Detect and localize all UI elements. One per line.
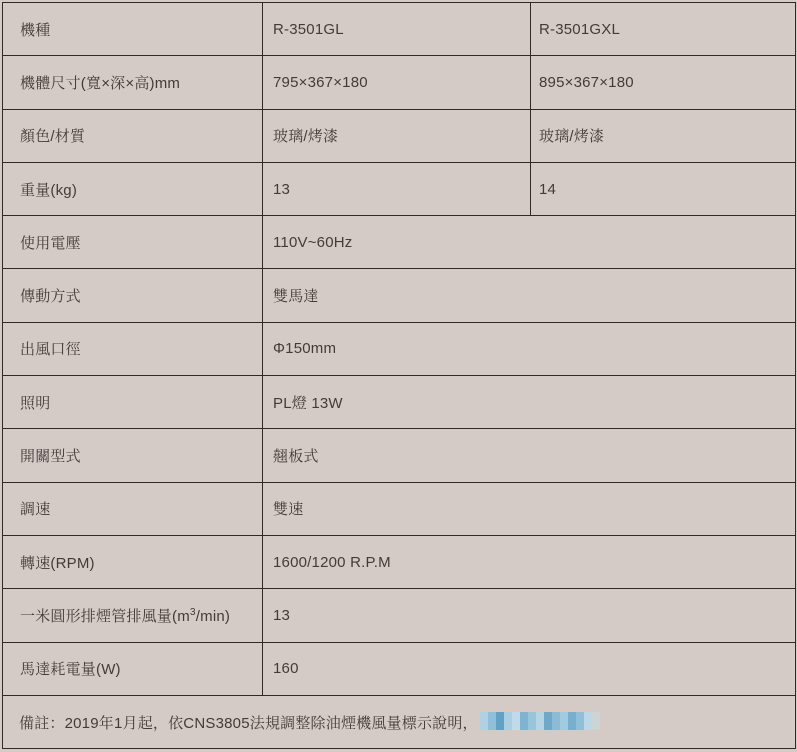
row-label: 使用電壓 [3, 216, 263, 269]
row-label: 顏色/材質 [3, 109, 263, 162]
row-value-model-2: R-3501GXL [531, 3, 796, 56]
table-row: 開關型式 翹板式 [3, 429, 796, 482]
row-label: 馬達耗電量(W) [3, 642, 263, 695]
redacted-link[interactable] [480, 712, 600, 730]
row-value-model-2: 玻璃/烤漆 [531, 109, 796, 162]
row-value-model-1: 玻璃/烤漆 [263, 109, 531, 162]
page: { "page": { "background_color": "#d4cac6… [0, 0, 797, 752]
row-value-model-1: R-3501GL [263, 3, 531, 56]
table-row: 傳動方式 雙馬達 [3, 269, 796, 322]
footer-row: 備註：2019年1月起，依CNS3805法規調整除油煙機風量標示說明， [3, 695, 796, 748]
spec-table: 機種 R-3501GL R-3501GXL 機體尺寸(寬×深×高)mm 795×… [2, 2, 796, 749]
row-value-model-1: 13 [263, 162, 531, 215]
table-row: 機體尺寸(寬×深×高)mm 795×367×180 895×367×180 [3, 56, 796, 109]
row-value: Φ150mm [263, 322, 796, 375]
table-row: 馬達耗電量(W) 160 [3, 642, 796, 695]
row-label: 調速 [3, 482, 263, 535]
row-label: 機種 [3, 3, 263, 56]
row-value: 110V~60Hz [263, 216, 796, 269]
table-row: 使用電壓 110V~60Hz [3, 216, 796, 269]
row-value: 160 [263, 642, 796, 695]
table-row: 機種 R-3501GL R-3501GXL [3, 3, 796, 56]
table-row: 顏色/材質 玻璃/烤漆 玻璃/烤漆 [3, 109, 796, 162]
row-label: 重量(kg) [3, 162, 263, 215]
row-label-text: /min) [196, 608, 230, 625]
row-value: PL燈 13W [263, 376, 796, 429]
footer-note: 備註：2019年1月起，依CNS3805法規調整除油煙機風量標示說明， [19, 715, 478, 732]
row-value: 雙馬達 [263, 269, 796, 322]
row-value: 1600/1200 R.P.M [263, 535, 796, 588]
row-label: 傳動方式 [3, 269, 263, 322]
row-label: 機體尺寸(寬×深×高)mm [3, 56, 263, 109]
row-label: 出風口徑 [3, 322, 263, 375]
row-label: 照明 [3, 376, 263, 429]
row-label: 一米圓形排煙管排風量(m3/min) [3, 589, 263, 642]
row-value-model-1: 795×367×180 [263, 56, 531, 109]
row-value: 雙速 [263, 482, 796, 535]
table-row: 調速 雙速 [3, 482, 796, 535]
row-label: 轉速(RPM) [3, 535, 263, 588]
row-label: 開關型式 [3, 429, 263, 482]
table-row: 一米圓形排煙管排風量(m3/min) 13 [3, 589, 796, 642]
table-row: 轉速(RPM) 1600/1200 R.P.M [3, 535, 796, 588]
row-value: 13 [263, 589, 796, 642]
row-value-model-2: 895×367×180 [531, 56, 796, 109]
row-value: 翹板式 [263, 429, 796, 482]
table-row: 照明 PL燈 13W [3, 376, 796, 429]
row-value-model-2: 14 [531, 162, 796, 215]
table-row: 重量(kg) 13 14 [3, 162, 796, 215]
row-label-text: 一米圓形排煙管排風量(m [20, 608, 190, 625]
table-row: 出風口徑 Φ150mm [3, 322, 796, 375]
footer-cell: 備註：2019年1月起，依CNS3805法規調整除油煙機風量標示說明， [3, 695, 796, 748]
